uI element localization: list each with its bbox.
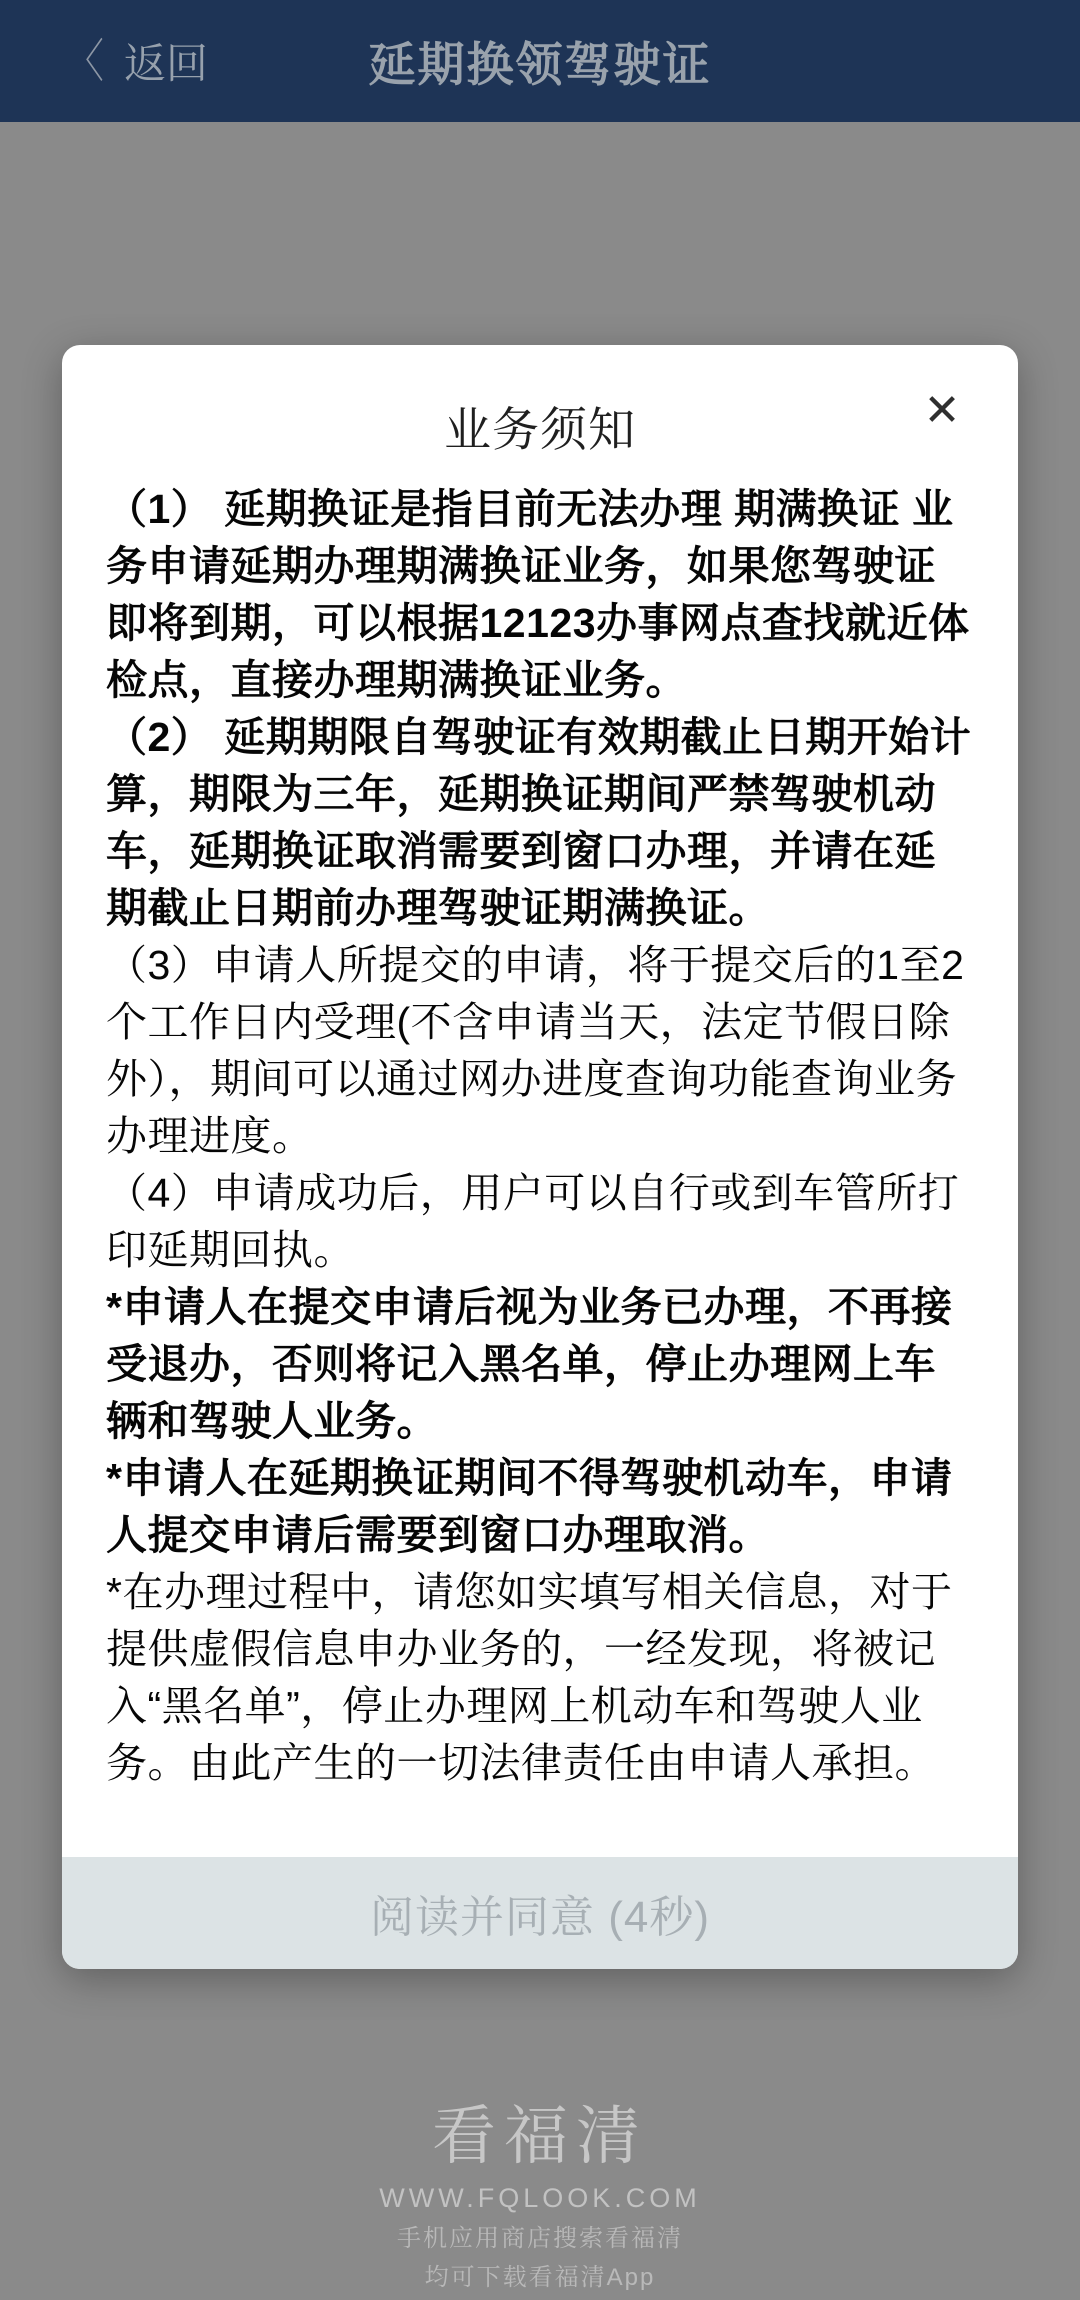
notice-paragraph: *申请人在延期换证期间不得驾驶机动车，申请人提交申请后需要到窗口办理取消。 — [106, 1450, 974, 1564]
watermark: 看福清 WWW.FQLOOK.COM 手机应用商店搜索看福清 均可下载看福清Ap… — [0, 2085, 1080, 2292]
modal-title: 业务须知 — [62, 393, 1018, 460]
watermark-line1: 手机应用商店搜索看福清 — [0, 2218, 1080, 2253]
notice-paragraph: （4）申请成功后，用户可以自行或到车管所打印延期回执。 — [106, 1165, 974, 1279]
watermark-line2: 均可下载看福清App — [0, 2257, 1080, 2292]
notice-text: （1） 延期换证是指目前无法办理 期满换证 业务申请延期办理期满换证业务，如果您… — [106, 481, 974, 1792]
watermark-brand: 看福清 — [0, 2085, 1080, 2177]
back-label: 返回 — [124, 31, 208, 91]
notice-paragraph: （3）申请人所提交的申请，将于提交后的1至2个工作日内受理(不含申请当天，法定节… — [106, 937, 974, 1165]
notice-paragraph: *在办理过程中，请您如实填写相关信息，对于提供虚假信息申办业务的，一经发现，将被… — [106, 1564, 974, 1792]
agree-button[interactable]: 阅读并同意 (4秒) — [62, 1857, 1018, 1969]
back-button[interactable]: 〈 返回 — [62, 31, 208, 91]
notice-paragraph: （2） 延期期限自驾驶证有效期截止日期开始计算，期限为三年，延期换证期间严禁驾驶… — [106, 709, 974, 937]
chevron-left-icon: 〈 — [66, 38, 104, 84]
app-header: 〈 返回 延期换领驾驶证 — [0, 0, 1080, 122]
watermark-url: WWW.FQLOOK.COM — [0, 2183, 1080, 2214]
business-notice-modal: 业务须知 ✕ （1） 延期换证是指目前无法办理 期满换证 业务申请延期办理期满换… — [62, 345, 1018, 1969]
notice-paragraph: *申请人在提交申请后视为业务已办理，不再接受退办，否则将记入黑名单，停止办理网上… — [106, 1279, 974, 1450]
app-screen: 〈 返回 延期换领驾驶证 业务须知 ✕ （1） 延期换证是指目前无法办理 期满换… — [0, 0, 1080, 2300]
notice-paragraph: （1） 延期换证是指目前无法办理 期满换证 业务申请延期办理期满换证业务，如果您… — [106, 481, 974, 709]
close-icon[interactable]: ✕ — [916, 385, 968, 437]
agree-button-label: 阅读并同意 (4秒) — [370, 1881, 710, 1945]
modal-header: 业务须知 ✕ — [62, 345, 1018, 445]
